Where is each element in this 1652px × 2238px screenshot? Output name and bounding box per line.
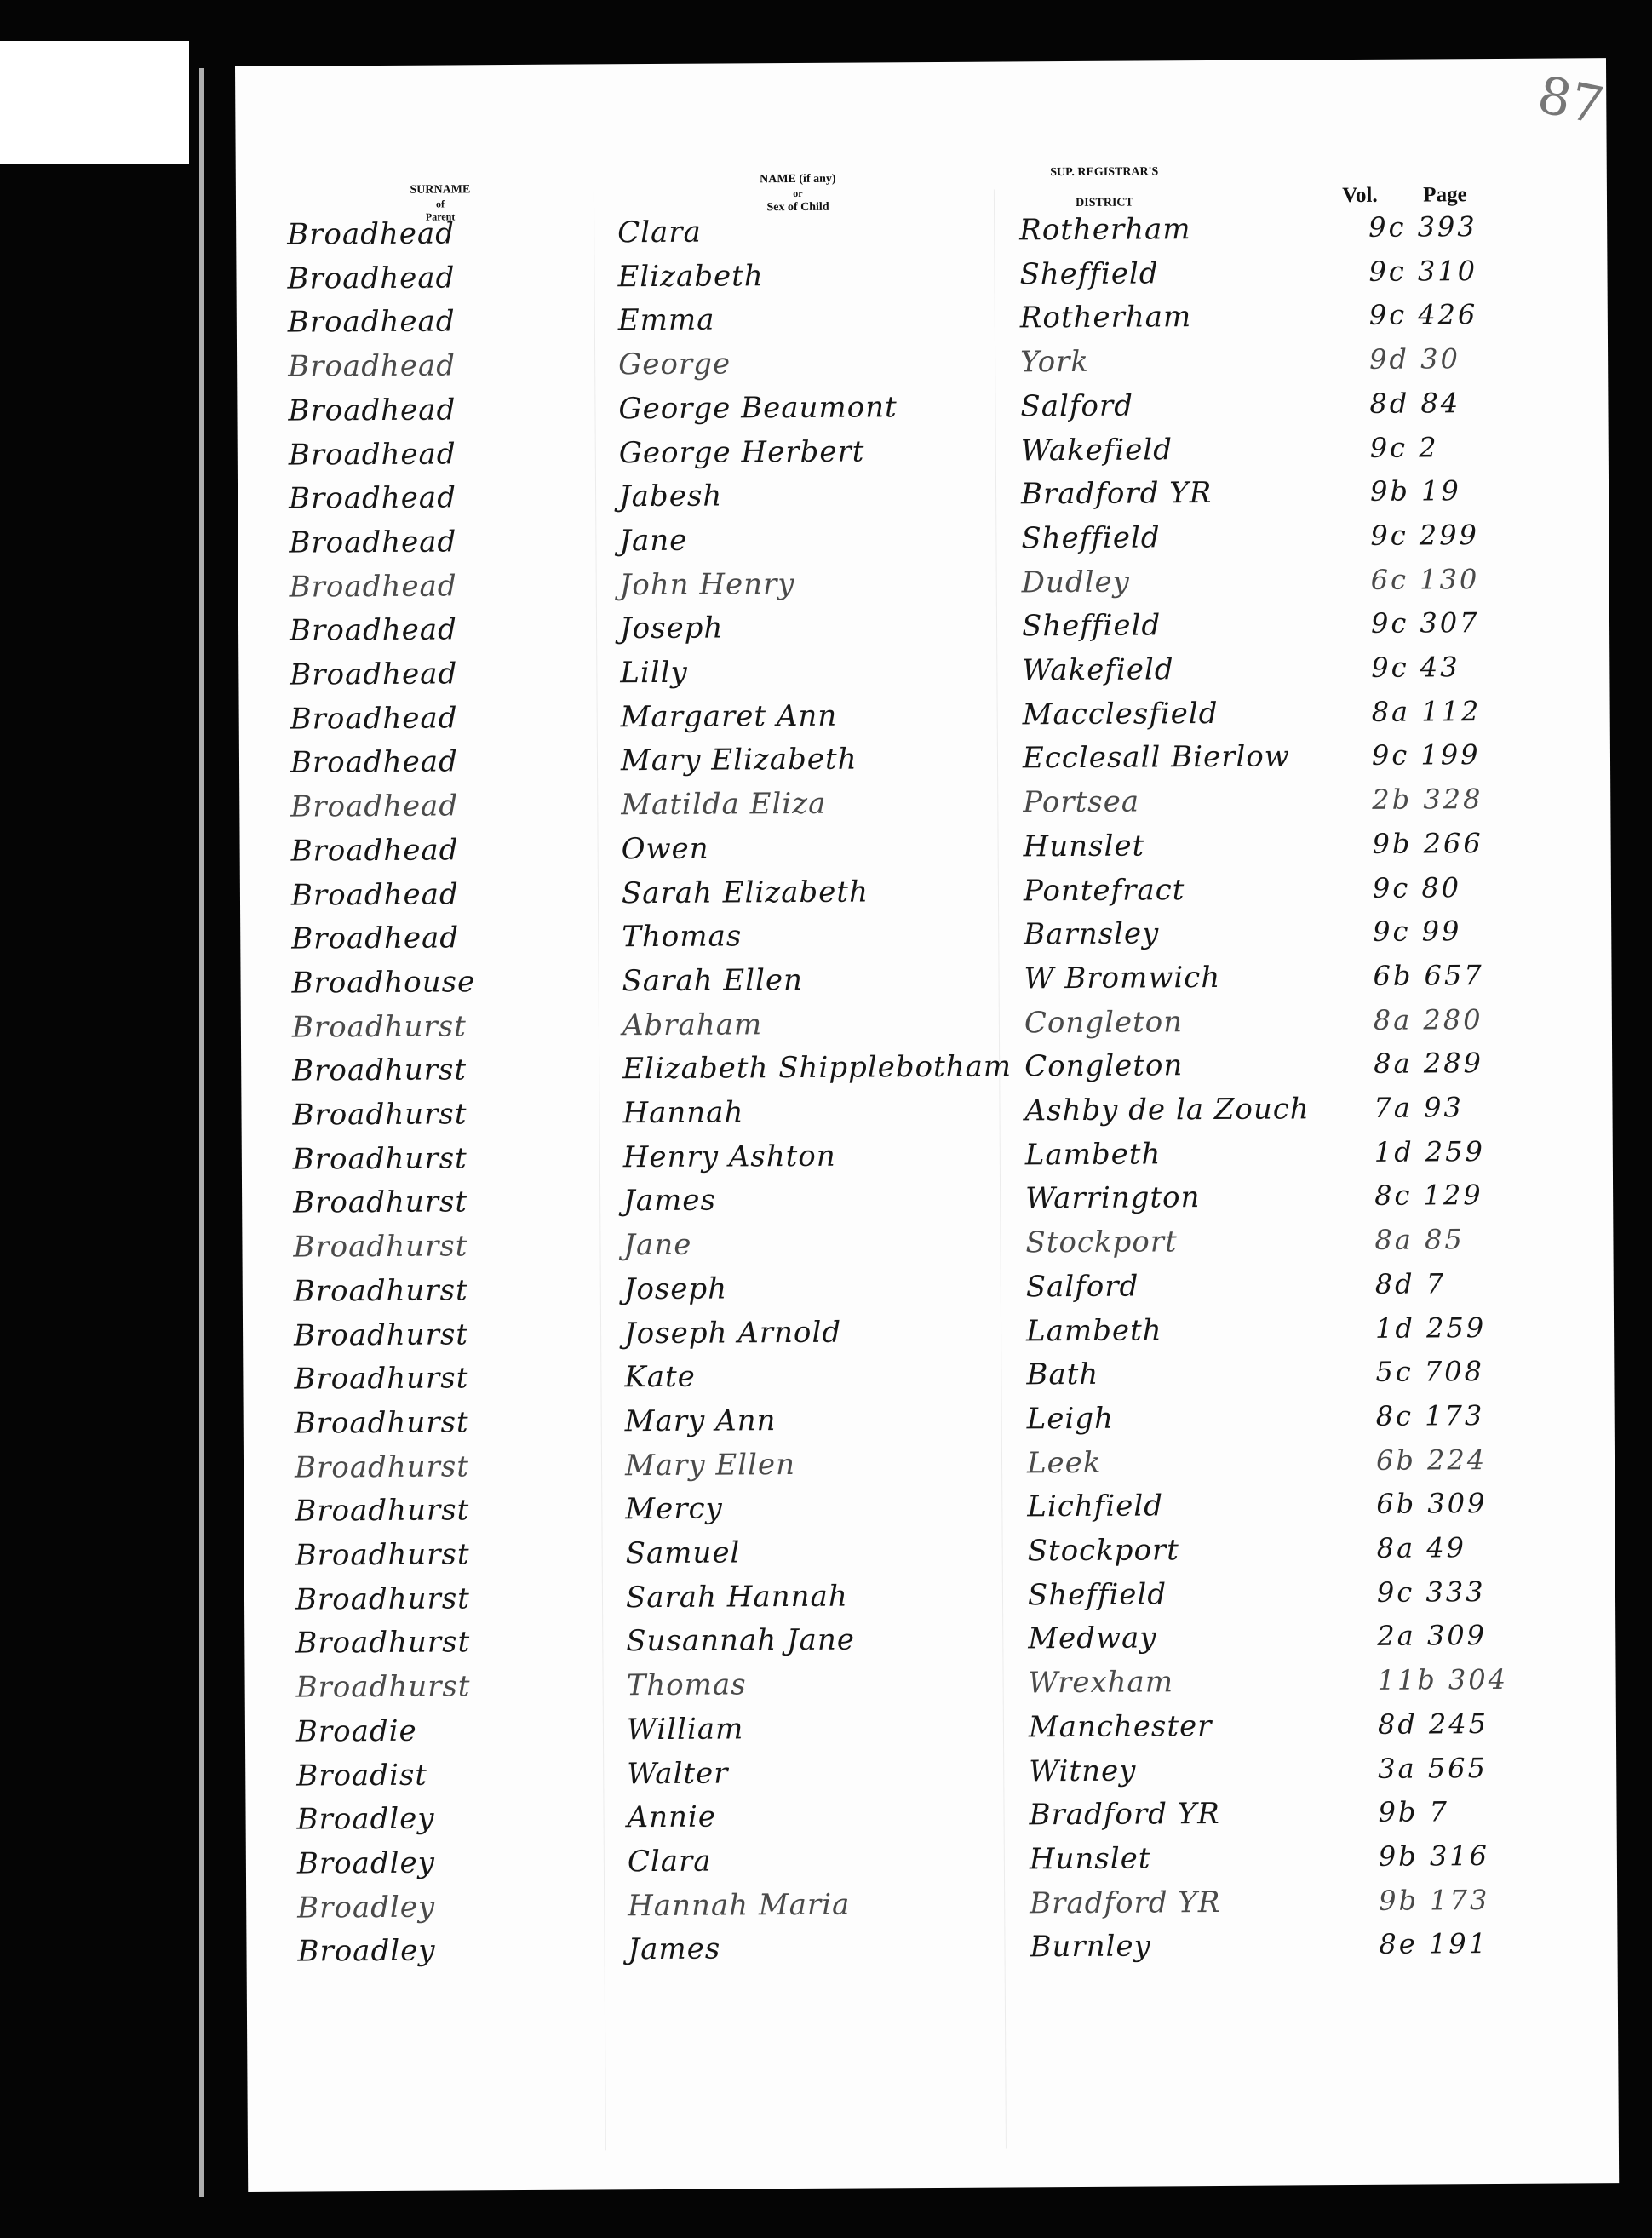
volume-page-cell: 8a 85 <box>1374 1223 1465 1256</box>
volume-page-cell: 8d 245 <box>1378 1707 1489 1741</box>
child-name-cell: Jane <box>619 524 687 558</box>
district-cell: Bradford YR <box>1021 476 1212 511</box>
table-row: BroadhurstHenry AshtonLambeth1d 259 <box>242 1134 1613 1185</box>
adjacent-page-fragment <box>0 41 189 164</box>
surname-cell: Broadhead <box>290 613 457 648</box>
table-row: BroadhurstThomasWrexham11b 304 <box>245 1662 1616 1713</box>
table-row: BroadhurstMercyLichfield6b 309 <box>244 1486 1615 1537</box>
child-name-cell: Joseph Arnold <box>624 1315 841 1351</box>
surname-cell: Broadhead <box>289 525 456 559</box>
volume-page-cell: 8a 49 <box>1377 1531 1467 1564</box>
volume-page-cell: 11b 304 <box>1377 1663 1508 1696</box>
surname-cell: Broadley <box>297 1845 435 1880</box>
surname-cell: Broadhurst <box>295 1626 470 1661</box>
district-cell: Manchester <box>1029 1709 1213 1744</box>
surname-cell: Broadhead <box>288 393 456 428</box>
table-row: BroadhurstSamuelStockport8a 49 <box>244 1530 1615 1581</box>
volume-page-cell: 3a 565 <box>1378 1752 1488 1785</box>
table-row: BroadheadJohn HenryDudley6c 130 <box>238 562 1609 613</box>
district-cell: Sheffield <box>1021 520 1160 555</box>
table-row: BroadistWalterWitney3a 565 <box>245 1751 1616 1802</box>
header-surname-line2: of <box>355 197 525 210</box>
surname-cell: Broadhurst <box>295 1405 469 1440</box>
district-cell: Pontefract <box>1024 873 1185 908</box>
table-row: BroadheadJabeshBradford YR9b 19 <box>238 473 1609 525</box>
surname-cell: Broadhead <box>290 745 458 780</box>
volume-page-cell: 9d 30 <box>1369 342 1460 376</box>
district-cell: York <box>1020 345 1089 379</box>
surname-cell: Broadhurst <box>294 1317 468 1352</box>
volume-page-cell: 9c 299 <box>1370 519 1479 552</box>
child-name-cell: Thomas <box>627 1667 747 1702</box>
child-name-cell: Elizabeth <box>617 259 763 294</box>
district-cell: Stockport <box>1028 1533 1179 1568</box>
header-surname-line1: SURNAME <box>355 182 525 198</box>
table-row: BroadhurstKateBath5c 708 <box>243 1354 1614 1405</box>
table-row: BroadheadGeorgeYork9d 30 <box>237 341 1608 393</box>
volume-page-cell: 8a 280 <box>1374 1003 1483 1036</box>
child-name-cell: Margaret Ann <box>621 698 838 734</box>
table-row: BroadheadSarah ElizabethPontefract9c 80 <box>240 870 1611 921</box>
district-cell: Portsea <box>1023 785 1139 820</box>
table-row: BroadleyAnnieBradford YR9b 7 <box>245 1794 1616 1845</box>
volume-page-cell: 8c 173 <box>1376 1399 1485 1432</box>
table-row: BroadieWilliamManchester8d 245 <box>245 1707 1616 1758</box>
table-row: BroadhurstElizabeth ShipplebothamConglet… <box>241 1046 1612 1097</box>
child-name-cell: William <box>627 1712 744 1747</box>
child-name-cell: Henry Ashton <box>623 1139 836 1174</box>
district-cell: Sheffield <box>1019 256 1158 291</box>
table-row: BroadheadJaneSheffield9c 299 <box>238 518 1609 569</box>
table-row: BroadheadJosephSheffield9c 307 <box>238 605 1609 657</box>
district-cell: Wakefield <box>1022 652 1173 687</box>
surname-cell: Broadhead <box>291 833 459 868</box>
volume-page-cell: 9b 173 <box>1379 1884 1489 1917</box>
header-district-line2: DISTRICT <box>985 194 1224 210</box>
district-cell: Hunslet <box>1030 1841 1151 1876</box>
surname-cell: Broadhurst <box>293 1141 467 1176</box>
header-district: SUP. REGISTRAR'S DISTRICT <box>985 164 1224 211</box>
volume-page-cell: 8c 129 <box>1374 1179 1483 1212</box>
table-row: BroadheadMatilda ElizaPortsea2b 328 <box>239 782 1610 833</box>
district-cell: Bradford YR <box>1029 1797 1219 1832</box>
surname-cell: Broadhouse <box>291 965 475 1000</box>
district-cell: Salford <box>1026 1269 1139 1304</box>
table-row: BroadhurstMary EllenLeek6b 224 <box>244 1443 1615 1494</box>
child-name-cell: Walter <box>627 1756 728 1791</box>
header-name-line1: NAME (if any) <box>696 171 900 187</box>
child-name-cell: Owen <box>622 831 709 866</box>
surname-cell: Broadhead <box>289 437 456 472</box>
district-cell: Leek <box>1027 1445 1102 1480</box>
surname-cell: Broadhead <box>288 349 456 384</box>
volume-page-cell: 6b 309 <box>1376 1487 1487 1520</box>
district-cell: Sheffield <box>1028 1577 1167 1612</box>
table-row: BroadleyHannah MariaBradford YR9b 173 <box>246 1883 1617 1934</box>
surname-cell: Broadley <box>297 1934 435 1969</box>
volume-page-cell: 1d 259 <box>1374 1135 1485 1168</box>
header-name-line2: or <box>696 186 900 200</box>
child-name-cell: Abraham <box>622 1007 762 1042</box>
volume-page-cell: 8e 191 <box>1379 1927 1489 1960</box>
district-cell: Rotherham <box>1019 212 1191 247</box>
table-row: BroadhurstJosephSalford8d 7 <box>243 1266 1614 1317</box>
surname-cell: Broadhurst <box>293 1229 467 1264</box>
surname-cell: Broadhurst <box>292 1053 467 1088</box>
surname-cell: Broadhead <box>290 657 457 691</box>
district-cell: Salford <box>1020 388 1133 423</box>
table-row: BroadhurstAbrahamCongleton8a 280 <box>241 1002 1612 1053</box>
child-name-cell: Annie <box>627 1800 716 1835</box>
surname-cell: Broadie <box>296 1714 417 1749</box>
surname-cell: Broadhead <box>289 481 456 516</box>
district-cell: Bath <box>1026 1357 1098 1392</box>
child-name-cell: George Beaumont <box>618 390 897 426</box>
surname-cell: Broadhurst <box>294 1362 468 1397</box>
child-name-cell: Mary Ann <box>625 1403 777 1438</box>
child-name-cell: Sarah Hannah <box>626 1579 848 1615</box>
surname-cell: Broadhurst <box>296 1669 471 1704</box>
child-name-cell: Thomas <box>622 920 742 955</box>
volume-page-cell: 5c 708 <box>1375 1355 1484 1388</box>
district-cell: W Bromwich <box>1024 961 1220 996</box>
child-name-cell: John Henry <box>620 567 795 602</box>
table-row: BroadhurstSarah HannahSheffield9c 333 <box>244 1575 1615 1626</box>
register-page: 87 SURNAME of Parent NAME (if any) or Se… <box>235 58 1619 2192</box>
surname-cell: Broadhead <box>290 789 458 824</box>
child-name-cell: Joseph <box>620 611 724 646</box>
volume-page-cell: 1d 259 <box>1375 1311 1486 1345</box>
table-row: BroadleyJamesBurnley8e 191 <box>246 1926 1617 1977</box>
header-name-line3: Sex of Child <box>696 199 900 215</box>
table-row: BroadhurstJoseph ArnoldLambeth1d 259 <box>243 1311 1614 1362</box>
header-name: NAME (if any) or Sex of Child <box>696 171 900 215</box>
district-cell: Lambeth <box>1026 1313 1162 1348</box>
surname-cell: Broadhurst <box>295 1494 469 1529</box>
volume-page-cell: 9b 7 <box>1378 1796 1449 1829</box>
volume-page-cell: 9c 2 <box>1370 431 1439 463</box>
header-vol: Vol. <box>1334 182 1385 209</box>
district-cell: Lichfield <box>1027 1489 1163 1524</box>
child-name-cell: Clara <box>628 1845 712 1879</box>
surname-cell: Broadhurst <box>295 1449 469 1484</box>
table-row: BroadheadOwenHunslet9b 266 <box>240 826 1611 877</box>
volume-page-cell: 6b 224 <box>1376 1443 1487 1477</box>
table-row: BroadhurstHannahAshby de la Zouch7a 93 <box>241 1090 1612 1141</box>
volume-page-cell: 9b 266 <box>1372 827 1483 860</box>
table-row: BroadheadEmmaRotherham9c 426 <box>237 298 1608 349</box>
district-cell: Wakefield <box>1021 433 1173 468</box>
child-name-cell: Susannah Jane <box>626 1623 855 1659</box>
surname-cell: Broadhead <box>288 305 456 340</box>
child-name-cell: Joseph <box>624 1271 728 1306</box>
child-name-cell: Kate <box>624 1360 696 1395</box>
table-row: BroadheadGeorge BeaumontSalford8d 84 <box>237 386 1608 437</box>
volume-page-cell: 8a 112 <box>1372 695 1482 728</box>
child-name-cell: Hannah Maria <box>628 1887 850 1923</box>
child-name-cell: Lilly <box>620 656 688 690</box>
district-cell: Congleton <box>1024 1049 1183 1084</box>
surname-cell: Broadhead <box>291 921 459 956</box>
volume-page-cell: 7a 93 <box>1374 1091 1464 1124</box>
surname-cell: Broadhurst <box>293 1185 467 1220</box>
child-name-cell: Jabesh <box>619 479 722 514</box>
film-edge-line <box>199 68 204 2197</box>
district-cell: Hunslet <box>1023 829 1144 864</box>
table-row: BroadheadThomasBarnsley9c 99 <box>240 914 1611 965</box>
surname-cell: Broadhurst <box>295 1581 470 1616</box>
district-cell: Dudley <box>1022 565 1130 600</box>
volume-page-cell: 2a 309 <box>1377 1619 1487 1652</box>
table-row: BroadhurstJaneStockport8a 85 <box>242 1222 1613 1273</box>
surname-cell: Broadley <box>297 1890 435 1925</box>
volume-page-cell: 9c 307 <box>1371 606 1480 640</box>
surname-cell: Broadhurst <box>292 1097 467 1132</box>
surname-cell: Broadhead <box>287 261 455 296</box>
district-cell: Leigh <box>1027 1402 1114 1437</box>
table-row: BroadheadMary ElizabethEcclesall Bierlow… <box>239 738 1610 789</box>
header-district-line1: SUP. REGISTRAR'S <box>985 164 1224 181</box>
child-name-cell: Emma <box>618 303 715 338</box>
table-row: BroadhurstMary AnnLeigh8c 173 <box>244 1398 1615 1449</box>
district-cell: Sheffield <box>1022 609 1161 644</box>
volume-page-cell: 9c 393 <box>1368 210 1477 244</box>
district-cell: Ecclesall Bierlow <box>1023 740 1290 776</box>
volume-page-cell: 8d 84 <box>1369 387 1460 420</box>
child-name-cell: Elizabeth Shipplebotham <box>622 1050 1012 1087</box>
table-row: BroadheadGeorge HerbertWakefield9c 2 <box>238 430 1609 481</box>
child-name-cell: Sarah Elizabeth <box>622 875 869 910</box>
surname-cell: Broadist <box>296 1758 427 1793</box>
district-cell: Rotherham <box>1020 301 1192 336</box>
district-cell: Bradford YR <box>1030 1885 1220 1920</box>
volume-page-cell: 6c 130 <box>1371 563 1480 596</box>
table-row: BroadheadClaraRotherham9c 393 <box>236 209 1607 261</box>
volume-page-cell: 9c 333 <box>1377 1575 1486 1609</box>
child-name-cell: Mercy <box>625 1492 723 1527</box>
volume-page-cell: 2b 328 <box>1372 783 1483 816</box>
child-name-cell: James <box>623 1184 716 1219</box>
child-name-cell: Hannah <box>622 1095 743 1130</box>
volume-page-cell: 8d 7 <box>1375 1267 1447 1300</box>
volume-page-cell: 9c 80 <box>1373 871 1461 904</box>
table-row: BroadheadLillyWakefield9c 43 <box>238 650 1609 701</box>
district-cell: Wrexham <box>1028 1665 1173 1700</box>
district-cell: Macclesfield <box>1023 697 1219 732</box>
surname-cell: Broadhurst <box>294 1273 468 1308</box>
header-page: Page <box>1411 181 1479 209</box>
table-row: BroadheadElizabethSheffield9c 310 <box>236 254 1607 305</box>
table-row: BroadhurstSusannah JaneMedway2a 309 <box>244 1619 1615 1670</box>
surname-cell: Broadhead <box>291 877 459 912</box>
surname-cell: Broadley <box>296 1802 434 1837</box>
district-cell: Barnsley <box>1024 917 1159 952</box>
child-name-cell: Samuel <box>626 1535 741 1570</box>
table-row: BroadhurstJamesWarrington8c 129 <box>242 1179 1613 1230</box>
volume-page-cell: 9b 19 <box>1370 474 1461 508</box>
surname-cell: Broadhead <box>290 701 458 736</box>
surname-cell: Broadhead <box>290 569 457 604</box>
volume-page-cell: 9c 99 <box>1373 915 1461 948</box>
district-cell: Lambeth <box>1025 1137 1162 1172</box>
child-name-cell: Matilda Eliza <box>621 787 826 822</box>
surname-cell: Broadhurst <box>292 1009 467 1044</box>
child-name-cell: Clara <box>617 215 702 250</box>
table-row: BroadheadMargaret AnnMacclesfield8a 112 <box>239 694 1610 745</box>
child-name-cell: Sarah Ellen <box>622 963 803 998</box>
table-row: BroadleyClaraHunslet9b 316 <box>246 1839 1617 1890</box>
column-header: SURNAME of Parent NAME (if any) or Sex o… <box>235 109 1607 211</box>
volume-page-cell: 6b 657 <box>1373 959 1483 992</box>
volume-page-cell: 9b 316 <box>1379 1839 1489 1873</box>
district-cell: Congleton <box>1024 1005 1183 1040</box>
district-cell: Ashby de la Zouch <box>1024 1092 1310 1128</box>
child-name-cell: Mary Elizabeth <box>621 743 858 778</box>
child-name-cell: Mary Ellen <box>625 1448 795 1483</box>
district-cell: Warrington <box>1025 1180 1201 1215</box>
child-name-cell: George Herbert <box>619 434 865 470</box>
volume-page-cell: 9c 43 <box>1371 651 1460 684</box>
child-name-cell: George <box>618 347 731 382</box>
surname-cell: Broadhead <box>287 216 455 251</box>
district-cell: Medway <box>1028 1621 1157 1656</box>
surname-cell: Broadhurst <box>295 1537 470 1572</box>
volume-page-cell: 9c 199 <box>1372 738 1481 772</box>
volume-page-cell: 9c 310 <box>1368 255 1477 288</box>
volume-page-cell: 8a 289 <box>1374 1047 1483 1080</box>
child-name-cell: James <box>628 1932 720 1967</box>
district-cell: Burnley <box>1030 1930 1150 1965</box>
child-name-cell: Jane <box>623 1228 691 1262</box>
table-row: BroadhouseSarah EllenW Bromwich6b 657 <box>240 958 1611 1009</box>
district-cell: Stockport <box>1025 1225 1177 1260</box>
district-cell: Witney <box>1029 1753 1136 1788</box>
volume-page-cell: 9c 426 <box>1369 298 1478 331</box>
